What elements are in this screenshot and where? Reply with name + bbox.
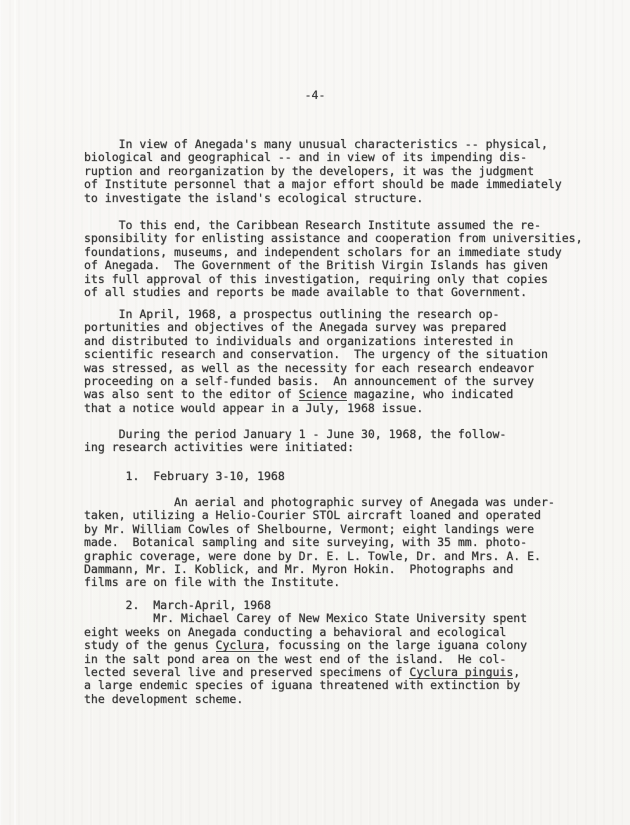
list-item-1-heading-text: 1. February 3-10, 1968 [84,470,285,483]
list-item-2: 2. March-April, 1968 Mr. Michael Carey o… [84,599,527,706]
underline-science [299,400,347,401]
paragraph-4: During the period January 1 - June 30, 1… [84,428,506,455]
list-item-1-body-text: An aerial and photographic survey of Ane… [84,496,555,590]
paragraph-2: To this end, the Caribbean Research Inst… [84,219,583,299]
underline-cyclura [216,651,264,652]
list-item-1-heading: 1. February 3-10, 1968 [84,470,285,483]
paragraph-3: In April, 1968, a prospectus outlining t… [84,308,548,415]
scan-streak [27,0,29,825]
paragraph-1-text: In view of Anegada's many unusual charac… [84,138,562,205]
paragraph-2-text: To this end, the Caribbean Research Inst… [84,219,583,299]
underline-cyclura-pinguis [409,678,513,679]
paragraph-1: In view of Anegada's many unusual charac… [84,138,562,205]
page-number: -4- [0,89,630,102]
paragraph-4-text: During the period January 1 - June 30, 1… [84,428,506,455]
scanned-document-page: -4- In view of Anegada's many unusual ch… [0,0,630,825]
scan-streak [14,0,16,825]
list-item-1-body: An aerial and photographic survey of Ane… [84,496,555,590]
list-item-2-text: 2. March-April, 1968 Mr. Michael Carey o… [84,599,527,706]
